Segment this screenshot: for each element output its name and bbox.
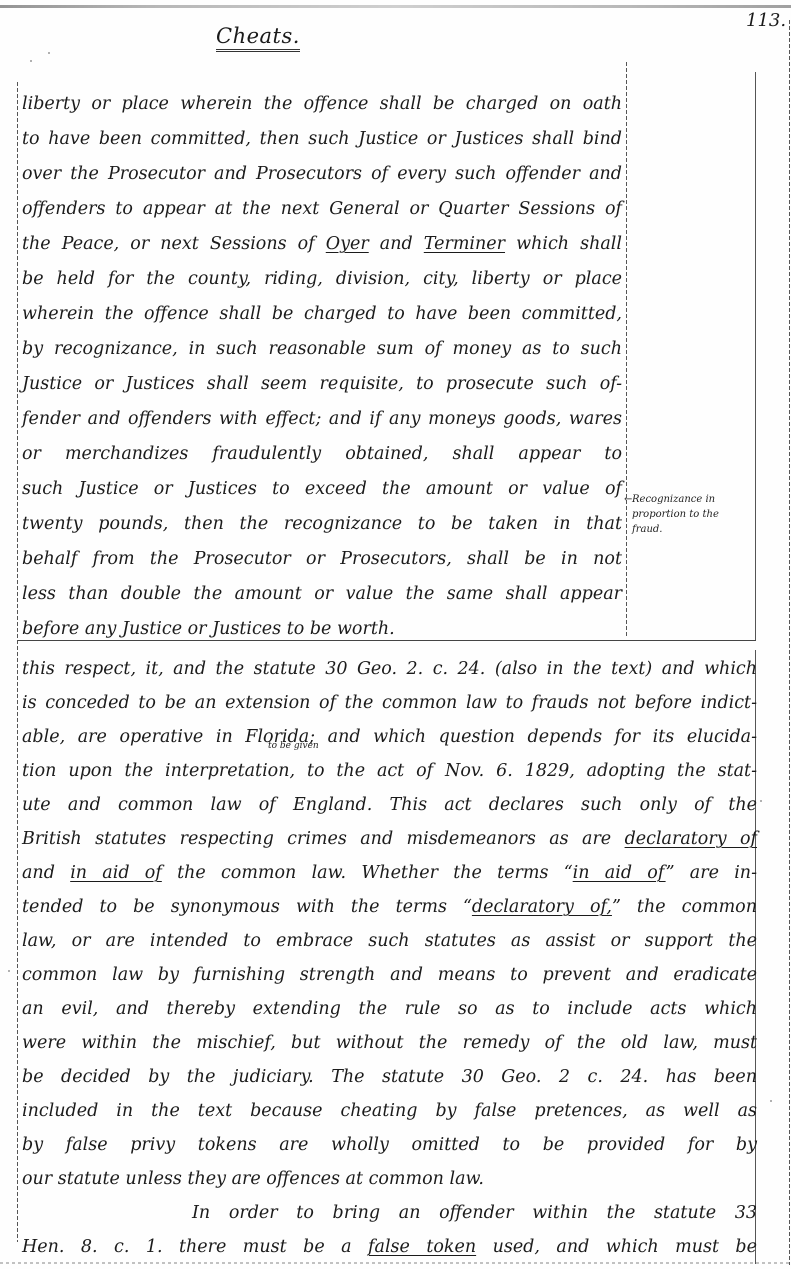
text-line: less than double the amount or value the… (22, 574, 622, 614)
text-line: Justice or Justices shall seem requisite… (22, 364, 622, 404)
text-column-right-rule (626, 62, 627, 637)
text-line: wherein the offence shall be charged to … (22, 294, 622, 334)
text-line: behalf from the Prosecutor or Prosecutor… (22, 539, 622, 579)
scan-speck (770, 1100, 772, 1102)
page-number: 113. (746, 10, 786, 31)
text-line: before any Justice or Justices to be wor… (22, 609, 622, 649)
text-segment: tended to be synonymous with the terms (22, 897, 447, 917)
text-line: liberty or place wherein the offence sha… (22, 84, 622, 124)
text-line: over the Prosecutor and Prosecutors of e… (22, 154, 622, 194)
text-line: offenders to appear at the next General … (22, 189, 622, 229)
left-margin-rule (17, 82, 18, 1242)
text-line: twenty pounds, then the recognizance to … (22, 504, 622, 544)
scan-bottom-edge (0, 1262, 791, 1264)
outer-right-rule (789, 20, 790, 1265)
underlined-term: declaratory of (625, 829, 757, 849)
text-line: or merchandizes fraudulently obtained, s… (22, 434, 622, 474)
text-line: fender and offenders with effect; and if… (22, 399, 622, 439)
page-heading: Cheats. (216, 24, 300, 52)
text-segment: Hen. 8. c. 1. there must be a (22, 1237, 352, 1257)
scan-top-edge (0, 5, 791, 8)
manuscript-page: Cheats. 113. liberty or place wherein th… (0, 0, 791, 1269)
text-line: by recognizance, in such reasonable sum … (22, 329, 622, 369)
text-segment: the common law. Whether the terms “ (162, 863, 573, 883)
scan-speck (760, 800, 762, 802)
text-segment: ” are in- (666, 863, 757, 883)
text-segment: British statutes respecting crimes and m… (22, 829, 611, 849)
scan-speck (48, 52, 50, 54)
text-segment: ” the common (612, 897, 757, 917)
scan-speck (30, 60, 32, 62)
underlined-term: false token (368, 1237, 476, 1257)
text-segment: which shall (505, 234, 622, 254)
text-line: be held for the county, riding, division… (22, 259, 622, 299)
text-segment: “ (447, 897, 472, 917)
scan-speck (8, 970, 10, 972)
underlined-term: Terminer (424, 234, 505, 254)
text-segment: and (22, 863, 55, 883)
underlined-term: Oyer (326, 234, 369, 254)
text-line: the Peace, or next Sessions of Oyer and … (22, 224, 622, 264)
margin-note: Recognizance in proportion to the fraud. (632, 492, 752, 537)
underlined-term: declaratory of, (472, 897, 612, 917)
text-segment: the Peace, or next Sessions of (22, 234, 315, 254)
text-line: to have been committed, then such Justic… (22, 119, 622, 159)
text-segment: and (369, 234, 424, 254)
text-line: Hen. 8. c. 1. there must be a false toke… (22, 1227, 757, 1267)
text-line: such Justice or Justices to exceed the a… (22, 469, 622, 509)
underlined-term: in aid of (573, 863, 666, 883)
margin-column-right-rule (755, 72, 756, 640)
underlined-term: in aid of (70, 863, 162, 883)
text-segment: used, and which must be (493, 1237, 757, 1257)
